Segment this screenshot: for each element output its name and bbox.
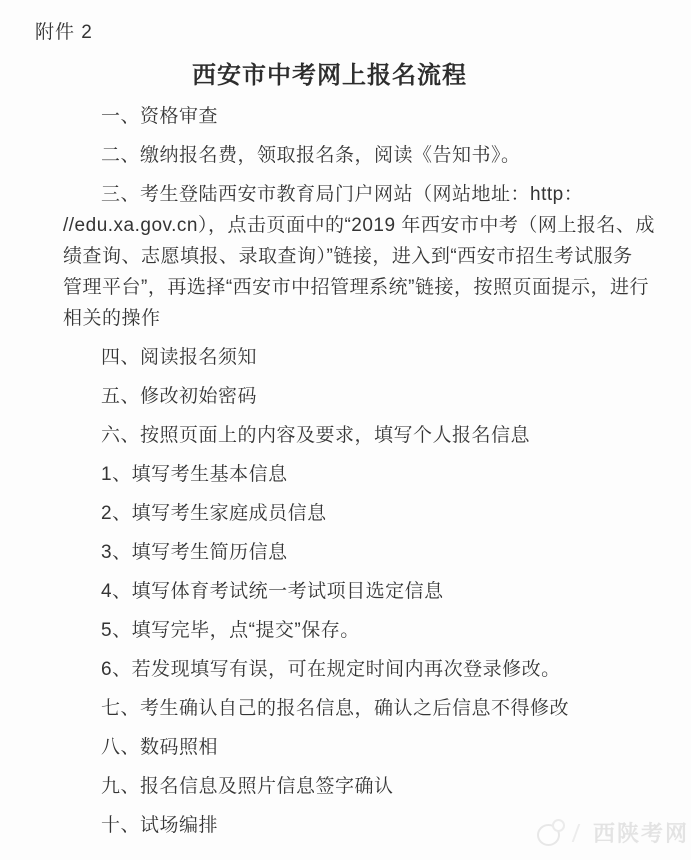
list-item-1: 一、资格审查	[63, 101, 596, 132]
watermark: 西陕考网	[536, 817, 689, 848]
sub-item-1: 1、填写考生基本信息	[63, 459, 596, 490]
sub-item-3: 3、填写考生简历信息	[63, 537, 596, 568]
list-item-4: 四、阅读报名须知	[63, 342, 596, 373]
sub-item-4: 4、填写体育考试统一考试项目选定信息	[63, 576, 596, 607]
watermark-accent-icon	[572, 824, 591, 842]
attachment-label: 附件 2	[35, 21, 93, 45]
list-item-10: 十、试场编排	[63, 810, 596, 841]
list-item-5: 五、修改初始密码	[63, 381, 596, 412]
list-item-8: 八、数码照相	[63, 732, 596, 763]
sub-item-2: 2、填写考生家庭成员信息	[63, 498, 596, 529]
document-page: 附件 2 西安市中考网上报名流程 一、资格审查 二、缴纳报名费，领取报名条，阅读…	[0, 0, 691, 860]
wrapped-line: 绩查询、志愿填报、录取查询）”链接，进入到“西安市招生考试服务	[63, 241, 596, 272]
sub-item-5: 5、填写完毕，点“提交”保存。	[63, 615, 596, 646]
panda-mascot-icon	[536, 819, 570, 847]
wrapped-line: 管理平台”，再选择“西安市中招管理系统”链接，按照页面提示，进行	[63, 272, 596, 303]
sub-item-6: 6、若发现填写有误，可在规定时间内再次登录修改。	[63, 654, 596, 685]
list-item-6: 六、按照页面上的内容及要求，填写个人报名信息	[63, 420, 596, 451]
list-item-9: 九、报名信息及照片信息签字确认	[63, 771, 596, 802]
list-item-2: 二、缴纳报名费，领取报名条，阅读《告知书》。	[63, 140, 596, 171]
list-item-7: 七、考生确认自己的报名信息，确认之后信息不得修改	[63, 693, 596, 724]
document-body: 一、资格审查 二、缴纳报名费，领取报名条，阅读《告知书》。 三、考生登陆西安市教…	[63, 101, 596, 841]
document-title: 西安市中考网上报名流程	[63, 55, 596, 90]
wrapped-line: 相关的操作	[63, 303, 596, 334]
watermark-text: 西陕考网	[593, 817, 689, 848]
wrapped-line: //edu.xa.gov.cn），点击页面中的“2019 年西安市中考（网上报名…	[63, 210, 596, 241]
list-item-3: 三、考生登陆西安市教育局门户网站（网站地址：http：	[63, 179, 596, 210]
